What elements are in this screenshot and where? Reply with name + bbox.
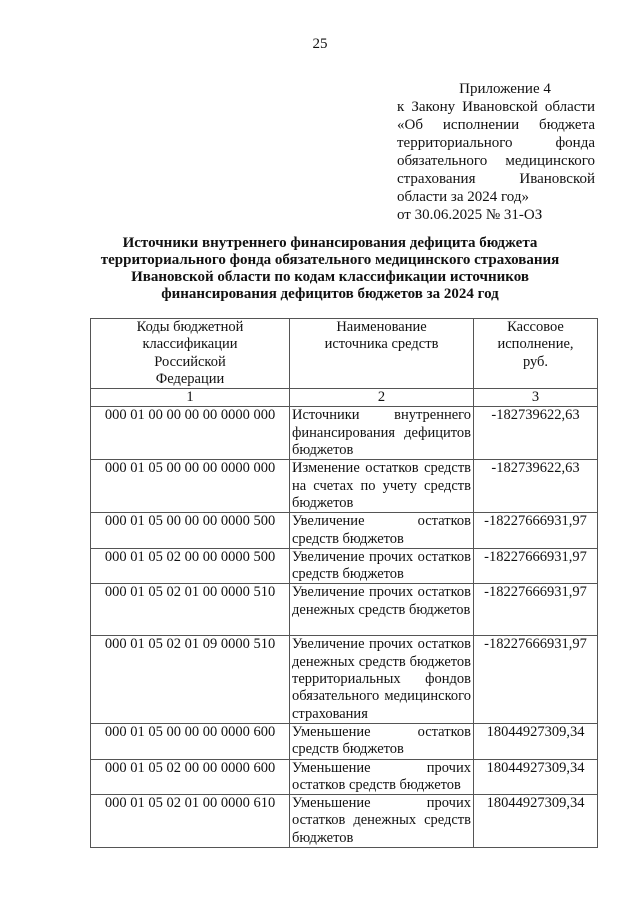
table-row: 000 01 00 00 00 00 0000 000Источники вну… <box>91 407 598 460</box>
row-name: Увеличение остатков средств бюджетов <box>290 513 474 549</box>
table-header-row: Коды бюджетной классификации Российской … <box>91 319 598 389</box>
row-name: Увеличение прочих остатков средств бюдже… <box>290 548 474 584</box>
sources-table: Коды бюджетной классификации Российской … <box>90 318 598 848</box>
row-code: 000 01 05 00 00 00 0000 000 <box>91 460 290 513</box>
row-amount: -182739622,63 <box>474 460 598 513</box>
row-amount: -18227666931,97 <box>474 548 598 584</box>
row-code: 000 01 05 02 00 00 0000 500 <box>91 548 290 584</box>
column-number: 3 <box>474 389 598 407</box>
row-amount: -182739622,63 <box>474 407 598 460</box>
row-amount: -18227666931,97 <box>474 636 598 723</box>
title-line: Ивановской области по кодам классификаци… <box>100 269 560 286</box>
table-row: 000 01 05 00 00 00 0000 600Уменьшение ос… <box>91 723 598 759</box>
column-number-row: 1 2 3 <box>91 389 598 407</box>
appendix-line: обязательного медицинского <box>397 152 595 170</box>
row-code: 000 01 05 02 01 00 0000 510 <box>91 584 290 636</box>
title-line: финансирования дефицитов бюджетов за 202… <box>100 286 560 303</box>
page-number: 25 <box>0 36 640 53</box>
appendix-line: области за 2024 год» <box>397 188 595 206</box>
table-row: 000 01 05 02 00 00 0000 500Увеличение пр… <box>91 548 598 584</box>
table-row: 000 01 05 02 01 09 0000 510Увеличение пр… <box>91 636 598 723</box>
row-code: 000 01 00 00 00 00 0000 000 <box>91 407 290 460</box>
header-name: Наименование источника средств <box>290 319 474 389</box>
header-codes: Коды бюджетной классификации Российской … <box>91 319 290 389</box>
row-name: Изменение остатков средств на счетах по … <box>290 460 474 513</box>
table-row: 000 01 05 02 00 00 0000 600Уменьшение пр… <box>91 759 598 795</box>
row-name: Уменьшение остатков средств бюджетов <box>290 723 474 759</box>
row-name: Источники внутреннего финансирования деф… <box>290 407 474 460</box>
row-code: 000 01 05 02 00 00 0000 600 <box>91 759 290 795</box>
appendix-line: Приложение 4 <box>397 80 595 98</box>
appendix-line: от 30.06.2025 № 31-ОЗ <box>397 206 595 224</box>
table-row: 000 01 05 00 00 00 0000 500Увеличение ос… <box>91 513 598 549</box>
row-name: Уменьшение прочих остатков денежных сред… <box>290 795 474 848</box>
row-amount: 18044927309,34 <box>474 759 598 795</box>
appendix-note: Приложение 4 к Закону Ивановской области… <box>397 80 595 224</box>
row-name: Увеличение прочих остатков денежных сред… <box>290 636 474 723</box>
row-name: Увеличение прочих остатков денежных сред… <box>290 584 474 636</box>
row-amount: -18227666931,97 <box>474 584 598 636</box>
column-number: 2 <box>290 389 474 407</box>
row-name: Уменьшение прочих остатков средств бюдже… <box>290 759 474 795</box>
column-number: 1 <box>91 389 290 407</box>
row-amount: -18227666931,97 <box>474 513 598 549</box>
row-code: 000 01 05 02 01 09 0000 510 <box>91 636 290 723</box>
appendix-line: к Закону Ивановской области <box>397 98 595 116</box>
title-line: Источники внутреннего финансирования деф… <box>100 235 560 252</box>
appendix-line: «Об исполнении бюджета <box>397 116 595 134</box>
row-amount: 18044927309,34 <box>474 795 598 848</box>
appendix-line: территориального фонда <box>397 134 595 152</box>
table-row: 000 01 05 02 01 00 0000 610Уменьшение пр… <box>91 795 598 848</box>
row-amount: 18044927309,34 <box>474 723 598 759</box>
title-line: территориального фонда обязательного мед… <box>100 252 560 269</box>
document-title: Источники внутреннего финансирования деф… <box>100 235 560 303</box>
row-code: 000 01 05 00 00 00 0000 500 <box>91 513 290 549</box>
row-code: 000 01 05 00 00 00 0000 600 <box>91 723 290 759</box>
table-row: 000 01 05 02 01 00 0000 510Увеличение пр… <box>91 584 598 636</box>
row-code: 000 01 05 02 01 00 0000 610 <box>91 795 290 848</box>
appendix-line: страхования Ивановской <box>397 170 595 188</box>
table-row: 000 01 05 00 00 00 0000 000Изменение ост… <box>91 460 598 513</box>
header-amount: Кассовое исполнение, руб. <box>474 319 598 389</box>
